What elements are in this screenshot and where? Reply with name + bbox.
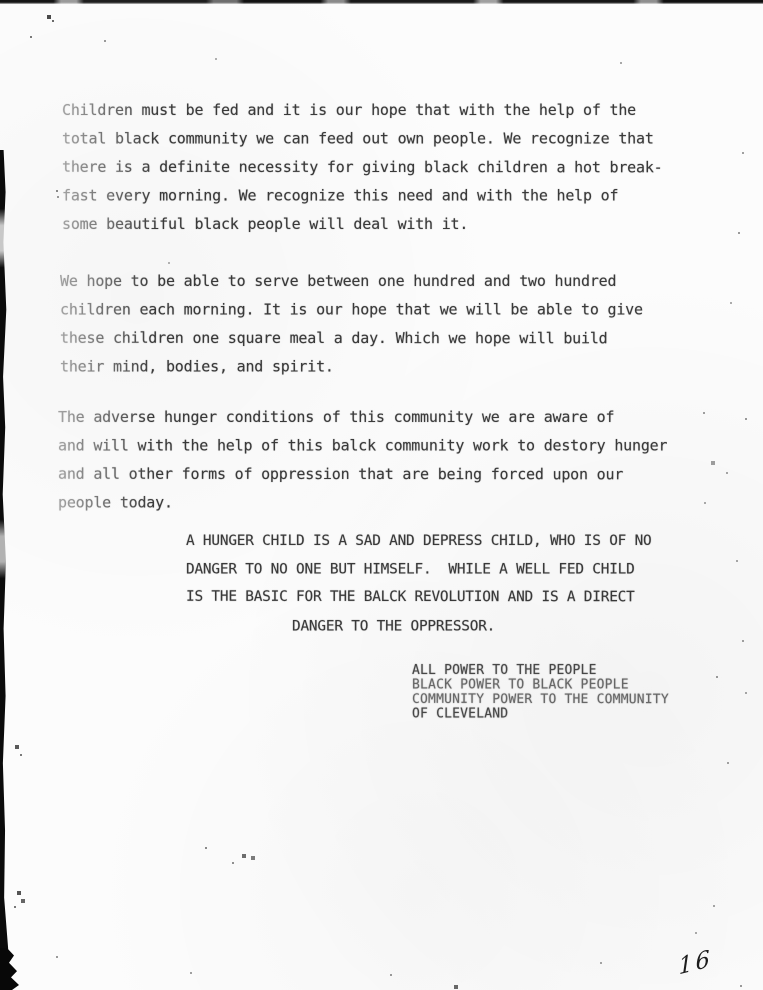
typed-line: A HUNGER CHILD IS A SAD AND DEPRESS CHIL…	[186, 527, 652, 555]
body-paragraph-1: Children must be fed and it is our hope …	[62, 96, 663, 238]
typed-line: OF CLEVELAND	[412, 707, 669, 721]
typed-line: DANGER TO THE OPPRESSOR.	[186, 612, 652, 640]
handwritten-page-number: 16	[678, 945, 713, 980]
typed-line: their mind, bodies, and spirit.	[60, 353, 643, 381]
scan-left-edge-artifact	[0, 150, 9, 990]
typed-line: there is a definite necessity for giving…	[62, 152, 663, 181]
typed-line: and all other forms of oppression that a…	[58, 459, 667, 488]
emphasis-block-uppercase: A HUNGER CHILD IS A SAD AND DEPRESS CHIL…	[186, 527, 652, 640]
typed-line: people today.	[58, 489, 667, 517]
typed-line: total black community we can feed out ow…	[62, 125, 663, 153]
typed-line: children each morning. It is our hope th…	[60, 296, 643, 324]
scan-bottom-left-blob	[0, 948, 20, 990]
typed-line: We hope to be able to serve between one …	[60, 267, 643, 295]
typed-line: IS THE BASIC FOR THE BALCK REVOLUTION AN…	[186, 583, 652, 612]
body-paragraph-3: The adverse hunger conditions of this co…	[58, 403, 667, 517]
typed-line: COMMUNITY POWER TO THE COMMUNITY	[412, 692, 669, 707]
typed-line: ALL POWER TO THE PEOPLE	[412, 664, 669, 678]
typed-line: BLACK POWER TO BLACK PEOPLE	[412, 679, 669, 693]
slogan-block: ALL POWER TO THE PEOPLE BLACK POWER TO B…	[412, 664, 669, 721]
scan-noise-specks	[0, 0, 2, 2]
typed-line: some beautiful black people will deal wi…	[62, 210, 663, 238]
typed-line: and will with the help of this balck com…	[58, 432, 667, 460]
scanned-document-page: Children must be fed and it is our hope …	[0, 0, 763, 990]
body-paragraph-2: We hope to be able to serve between one …	[60, 267, 643, 381]
typed-line: DANGER TO NO ONE BUT HIMSELF. WHILE A WE…	[186, 556, 652, 584]
typed-line: fast every morning. We recognize this ne…	[62, 182, 663, 210]
typed-line: these children one square meal a day. Wh…	[60, 324, 643, 353]
typed-line: Children must be fed and it is our hope …	[62, 96, 663, 124]
scan-top-edge-artifact	[0, 0, 763, 4]
typed-line: The adverse hunger conditions of this co…	[58, 403, 667, 431]
